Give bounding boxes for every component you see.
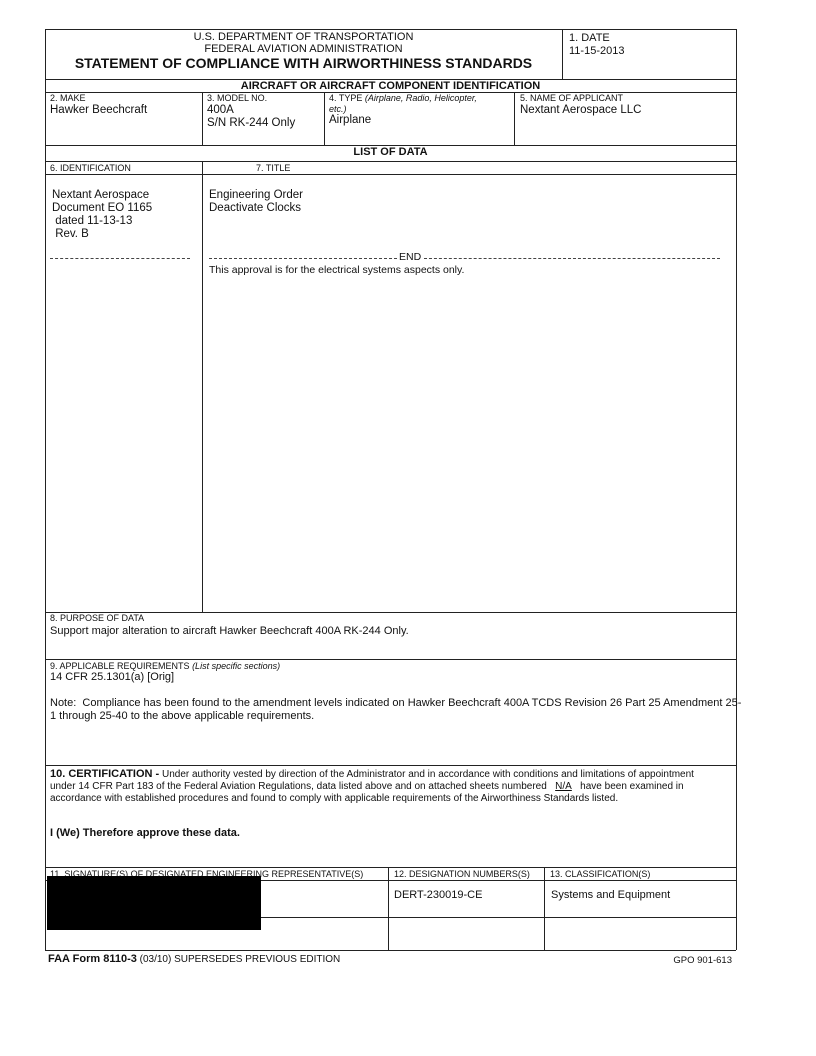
- divider: [45, 161, 736, 162]
- title-label: 7. TITLE: [256, 163, 290, 173]
- divider: [45, 765, 736, 766]
- identification-block: Nextant Aerospace Document EO 1165 dated…: [52, 189, 152, 241]
- divider: [45, 174, 736, 175]
- model-serial: S/N RK-244 Only: [207, 117, 295, 130]
- applicant-value: Nextant Aerospace LLC: [520, 104, 641, 117]
- aircraft-section-heading: AIRCRAFT OR AIRCRAFT COMPONENT IDENTIFIC…: [45, 80, 736, 92]
- requirements-label: 9. APPLICABLE REQUIREMENTS (List specifi…: [50, 661, 280, 671]
- requirements-note-2: 1 through 25-40 to the above applicable …: [50, 710, 314, 723]
- type-hint: (Airplane, Radio, Helicopter,: [365, 93, 477, 103]
- certification-line-3: accordance with established procedures a…: [50, 793, 694, 805]
- classification-value: Systems and Equipment: [551, 889, 670, 902]
- title-line: Engineering Order: [209, 189, 303, 202]
- identification-line: Nextant Aerospace: [52, 189, 152, 202]
- form-footer: FAA Form 8110-3 (03/10) SUPERSEDES PREVI…: [48, 953, 340, 966]
- identification-line: Rev. B: [52, 228, 152, 241]
- type-label: 4. TYPE (Airplane, Radio, Helicopter,: [329, 93, 477, 103]
- certification-text: 10. CERTIFICATION - Under authority vest…: [50, 768, 694, 805]
- make-value: Hawker Beechcraft: [50, 104, 147, 117]
- designation-label: 12. DESIGNATION NUMBERS(S): [394, 869, 530, 879]
- divider: [45, 659, 736, 660]
- requirements-hint: (List specific sections): [192, 661, 280, 671]
- approval-statement: I (We) Therefore approve these data.: [50, 827, 240, 840]
- certification-text-2a: under 14 CFR Part 183 of the Federal Avi…: [50, 781, 547, 792]
- make-label: 2. MAKE: [50, 93, 86, 103]
- requirements-value: 14 CFR 25.1301(a) [Orig]: [50, 671, 174, 684]
- type-label-text: 4. TYPE: [329, 93, 362, 103]
- title-line: Deactivate Clocks: [209, 202, 303, 215]
- divider: [202, 92, 203, 145]
- certification-line-2: under 14 CFR Part 183 of the Federal Avi…: [50, 781, 694, 793]
- purpose-label: 8. PURPOSE OF DATA: [50, 613, 144, 623]
- divider: [45, 867, 736, 868]
- agency-line-1: U.S. DEPARTMENT OF TRANSPORTATION: [45, 31, 562, 43]
- divider: [388, 867, 389, 950]
- classification-label: 13. CLASSIFICATION(S): [550, 869, 650, 879]
- form-border-top: [45, 29, 736, 30]
- divider: [261, 917, 736, 918]
- redacted-signature: [47, 876, 261, 930]
- identification-line: Document EO 1165: [52, 202, 152, 215]
- divider: [544, 867, 545, 950]
- approval-note: This approval is for the electrical syst…: [209, 264, 464, 276]
- form-name: FAA Form 8110-3: [48, 953, 137, 965]
- gpo-number: GPO 901-613: [660, 955, 732, 966]
- model-label: 3. MODEL NO.: [207, 93, 267, 103]
- form-revision: (03/10) SUPERSEDES PREVIOUS EDITION: [140, 954, 341, 965]
- form-title: STATEMENT OF COMPLIANCE WITH AIRWORTHINE…: [45, 55, 562, 71]
- end-marker: END: [399, 251, 421, 263]
- date-value: 11-15-2013: [569, 45, 624, 58]
- type-value: Airplane: [329, 114, 371, 127]
- end-dash: [209, 258, 397, 259]
- sheets-value: N/A: [555, 781, 572, 792]
- identification-label: 6. IDENTIFICATION: [50, 163, 131, 173]
- requirements-label-text: 9. APPLICABLE REQUIREMENTS: [50, 661, 190, 671]
- agency-line-2: FEDERAL AVIATION ADMINISTRATION: [45, 43, 562, 55]
- end-dash: [424, 258, 720, 259]
- divider: [45, 612, 736, 613]
- divider: [202, 161, 203, 612]
- form-border-bottom: [45, 950, 736, 951]
- certification-line-1: 10. CERTIFICATION - Under authority vest…: [50, 768, 694, 781]
- identification-line: dated 11-13-13: [52, 215, 152, 228]
- list-of-data-heading: LIST OF DATA: [45, 146, 736, 159]
- divider: [324, 92, 325, 145]
- model-value: 400A: [207, 104, 234, 117]
- applicant-label: 5. NAME OF APPLICANT: [520, 93, 623, 103]
- title-block: Engineering Order Deactivate Clocks: [209, 189, 303, 215]
- form-border-right: [736, 29, 737, 950]
- certification-text-2b: have been examined in: [580, 781, 683, 792]
- designation-value: DERT-230019-CE: [394, 889, 482, 902]
- divider: [514, 92, 515, 145]
- certification-text-1: Under authority vested by direction of t…: [162, 769, 694, 780]
- type-hint-2: etc.): [329, 104, 347, 114]
- certification-label: 10. CERTIFICATION -: [50, 768, 159, 780]
- date-divider: [562, 29, 563, 79]
- purpose-value: Support major alteration to aircraft Haw…: [50, 625, 409, 638]
- form-border-left: [45, 29, 46, 950]
- requirements-note-1: Note: Compliance has been found to the a…: [50, 697, 741, 710]
- end-dash-left: [50, 258, 190, 259]
- date-label: 1. DATE: [569, 32, 610, 45]
